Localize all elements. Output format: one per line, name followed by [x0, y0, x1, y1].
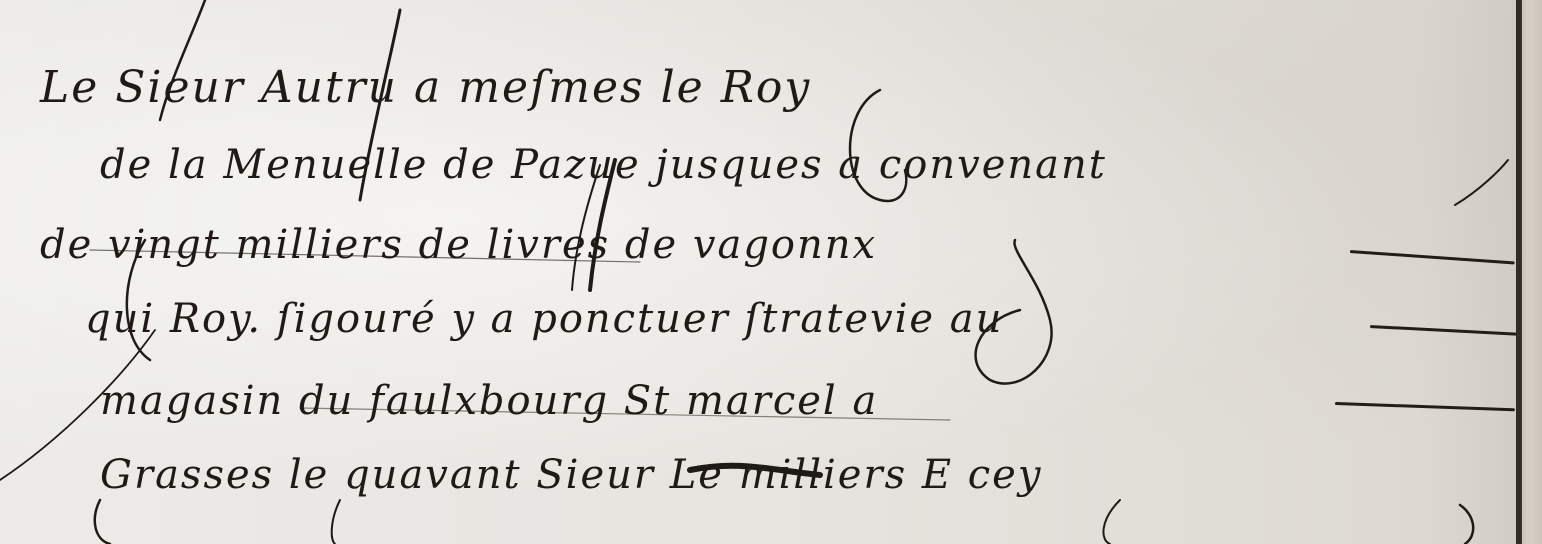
- line-end-filler-4: [1370, 325, 1518, 336]
- line-text: de vingt milliers de livres de vagonnx: [40, 222, 877, 268]
- line-text: Grasses le quavant Sieur Le milliers E c…: [100, 452, 1042, 498]
- margin-rule-line: [1519, 0, 1522, 544]
- line-end-filler-5: [1335, 402, 1515, 411]
- manuscript-line-1: Le Sieur Autru a meſmes le Roy: [40, 62, 811, 113]
- manuscript-line-6: Grasses le quavant Sieur Le milliers E c…: [100, 452, 1042, 498]
- line-text: Le Sieur Autru a meſmes le Roy: [40, 62, 811, 113]
- manuscript-page: Le Sieur Autru a meſmes le Roy de la Men…: [0, 0, 1542, 544]
- line-end-filler-3: [1350, 250, 1515, 265]
- manuscript-line-4: qui Roy. ſigouré y a ponctuer ſtratevie …: [85, 296, 1003, 342]
- line-text: magasin du faulxbourg St marcel a: [100, 378, 878, 424]
- line-text: de la Menuelle de Pazue jusques a conven…: [100, 142, 1107, 188]
- manuscript-line-2: de la Menuelle de Pazue jusques a conven…: [100, 142, 1107, 188]
- line-text: qui Roy. ſigouré y a ponctuer ſtratevie …: [85, 296, 1003, 342]
- manuscript-line-5: magasin du faulxbourg St marcel a: [100, 378, 878, 424]
- manuscript-line-3: de vingt milliers de livres de vagonnx: [40, 222, 877, 268]
